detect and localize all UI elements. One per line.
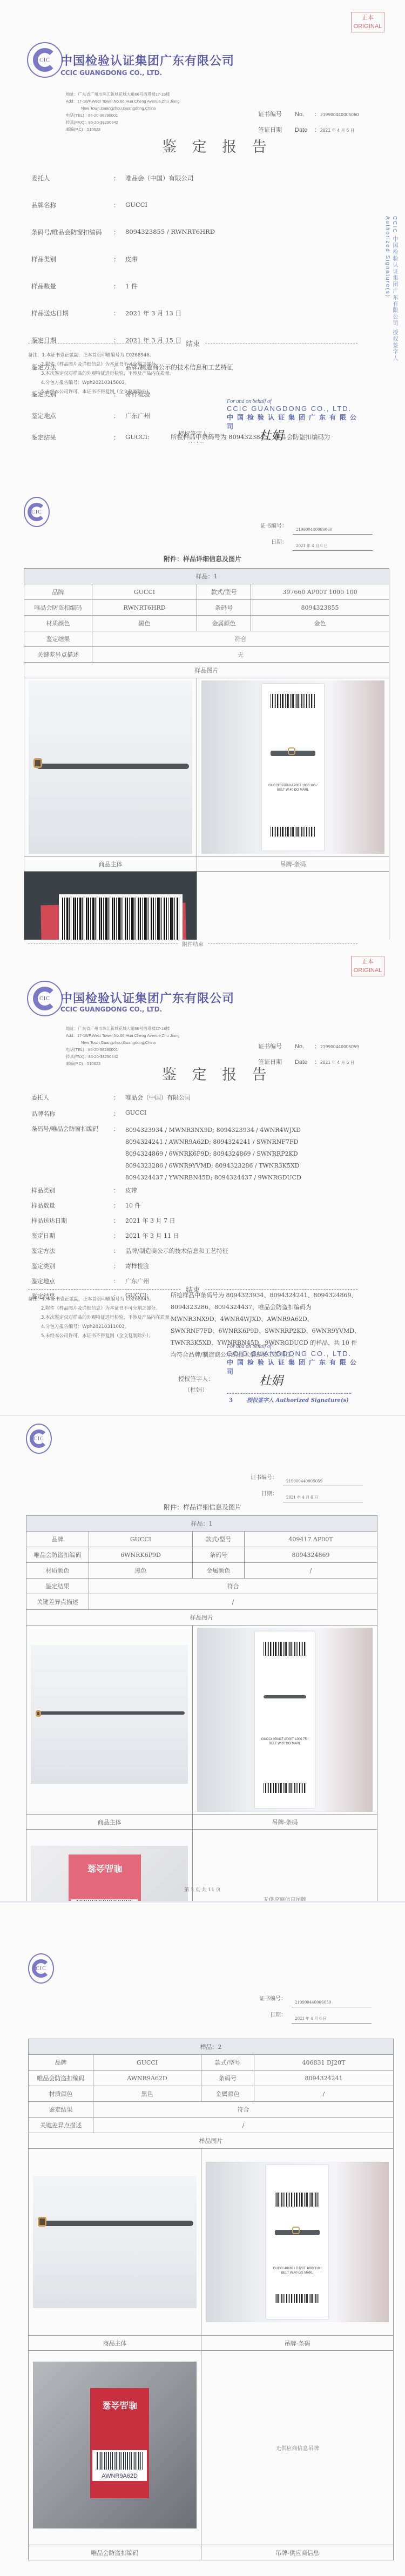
sample-table: 样品：1 品牌GUCCI款式/型号397660 AP00T 1000 100 唯… (24, 568, 389, 940)
table-cell: 商品主体 (24, 857, 197, 872)
table-cell: 样品图片 (26, 1610, 377, 1626)
end-divider: 结束 (28, 1284, 357, 1294)
table-cell: 材质颜色 (24, 616, 92, 631)
table-cell: 金属颜色 (201, 2086, 254, 2102)
belt-image (29, 680, 192, 854)
sample-table: 样品：2 品牌GUCCI款式/型号406831 DJ20T 唯品会防盗扣编码AW… (28, 2039, 394, 2560)
table-cell: 品牌 (29, 2055, 93, 2071)
seam-stamp: CCIC 中国检验认证集团广东有限公司 授权签字人 Authorized Sig… (386, 216, 399, 378)
table-cell: 鉴定结果 (29, 2102, 93, 2118)
remarks: 备注：1.本证书壹正贰副，正本首页印刷编号为 C0268845。 2.附件《样品… (28, 1295, 174, 1341)
table-cell: 鉴定结果 (24, 631, 92, 647)
original-stamp: 正本 ORIGINAL (351, 12, 384, 32)
table-cell: 符合 (93, 2102, 394, 2118)
table-cell: 符合 (89, 1579, 377, 1594)
table-cell: 唯品会防盗扣编码 (29, 2071, 93, 2086)
table-cell: 鉴定结果 (26, 1579, 89, 1594)
table-cell: 样品图片 (29, 2133, 394, 2149)
cert-date: 2021 年 4 月 6 日 (320, 128, 354, 133)
table-cell: 样品：2 (29, 2039, 394, 2055)
photo-supplier-tag: 无供应商信息吊牌 (201, 2351, 394, 2545)
table-cell: 金色 (251, 616, 389, 631)
table-cell: RWNRT6HRD (92, 600, 197, 616)
model-value: 397660 AP00T 1000 100 (251, 584, 389, 600)
cert-meta: 证书编号No.：21990044000S059 签证日期Date：2021 年 … (258, 1039, 359, 1070)
table-cell: 材质颜色 (29, 2086, 93, 2102)
cert-number: 21990044000S060 (320, 112, 359, 117)
table-cell: 条码号 (201, 2071, 254, 2086)
ccic-logo-icon: CIC (28, 1953, 54, 1984)
report-page-2: 附件结束 正本ORIGINAL CIC 中国检验认证集团广东有限公司 CCIC … (0, 940, 405, 1415)
table-cell: 8094324241 (254, 2071, 394, 2086)
table-cell: 材质颜色 (26, 1563, 89, 1579)
photo-main-product (26, 1626, 193, 1815)
table-cell: 商品主体 (26, 1815, 193, 1830)
client-value: 唯品会（中国）有限公司 (125, 174, 361, 201)
ccic-logo-icon: CIC (24, 497, 50, 527)
photo-main-product (29, 2149, 201, 2336)
table-cell: 样品图片 (24, 663, 389, 678)
sample-table: 样品：1 品牌GUCCI款式/型号409417 AP00T 唯品会防盗扣编码6W… (26, 1515, 377, 1901)
table-cell: 品牌 (24, 584, 92, 600)
photo-hang-tag: GUCCI 409417 AP00T 1000 75 / BELT W.20 D… (193, 1626, 377, 1815)
signature: 杜娟 (259, 427, 283, 443)
table-cell: 406831 DJ20T (254, 2055, 394, 2071)
company-address: 地址：广东省广州市珠江新城花城大道66号西塔楼17-18楼 Add：17-18/… (66, 91, 201, 133)
table-cell: 款式/型号 (201, 2055, 254, 2071)
anti-theft-seal-image: RWNRT6HRD 一经撕毁 不接受退换货服务 (24, 872, 197, 940)
table-cell: 唯品会防盗扣编码 (24, 600, 92, 616)
table-cell: 金属颜色 (197, 616, 251, 631)
table-cell: 样品：1 (24, 569, 389, 584)
ccic-logo-icon: CIC (27, 42, 63, 78)
cert-meta: 证书编号No.：21990044000S060 签证日期Date：2021 年 … (258, 107, 359, 138)
table-cell: / (93, 2118, 394, 2133)
table-cell: 条码号 (193, 1547, 245, 1563)
table-cell: 吊牌-条码 (201, 2336, 394, 2351)
barcode-list: 8094323934 / MWNR3NX9D; 8094323934 / 4WN… (125, 1124, 361, 1184)
table-cell: GUCCI (89, 1532, 193, 1547)
table-cell: 关键差异点描述 (24, 647, 92, 663)
annex-meta: 证书编号：21990044000S060 日期：2021 年 4 月 6 日 (251, 518, 373, 551)
barcode-value: 8094323855 / RWNRT6HRD (125, 228, 361, 255)
table-cell: / (89, 1594, 377, 1610)
remarks: 备注：1.本证书壹正贰副，正本首页印刷编号为 C0268946。 2.附件《样品… (28, 351, 174, 397)
table-cell: 唯品会防盗扣编码 (29, 2545, 201, 2560)
report-page-1: 正本 ORIGINAL CIC 中国检验认证集团广东有限公司 CCIC GUAN… (0, 0, 405, 443)
table-cell: 品牌 (26, 1532, 89, 1547)
photo-hang-tag: GUCCI 406831 DJ20T 1000 110 / BELT W.40 … (201, 2149, 394, 2336)
annex-page-1: CIC 证书编号：21990044000S060 日期：2021 年 4 月 6… (0, 443, 405, 940)
table-cell: 吊牌-条码 (193, 1815, 377, 1830)
table-cell: 符合 (92, 631, 389, 647)
table-cell: GUCCI (93, 2055, 201, 2071)
table-cell: / (245, 1563, 377, 1579)
table-cell: 黑色 (93, 2086, 201, 2102)
brand-value: GUCCI (125, 201, 361, 228)
annex-end-divider: 附件结束 (28, 940, 357, 948)
report-title: 鉴 定 报 告 (162, 135, 272, 156)
table-cell: 黑色 (89, 1563, 193, 1579)
photo-hang-tag: GUCCI 397660 AP00T 1000 100 / BELT W.40 … (197, 678, 389, 857)
company-address: 地址：广东省广州市珠江新城花城大道66号西塔楼17-18楼 Add：17-18/… (66, 1025, 201, 1067)
table-cell: 唯品会防盗扣编码 (26, 1547, 89, 1563)
table-cell: 8094324869 (245, 1547, 377, 1563)
table-cell: 款式/型号 (193, 1532, 245, 1547)
table-cell: 6WNRK6P9D (89, 1547, 193, 1563)
table-cell: 黑色 (92, 616, 197, 631)
table-cell: 条码号 (197, 600, 251, 616)
signature-block: For and on behalf of CCIC GUANGDONG CO.,… (178, 399, 362, 431)
photo-main-product (24, 678, 197, 857)
photo-vip-seal: 唯品会鉴 AWNR9A62D (29, 2351, 201, 2545)
table-cell: GUCCI (92, 584, 197, 600)
photo-supplier-tag: 无供应商信息吊牌 (197, 872, 389, 940)
company-name-cn: 中国检验认证集团广东有限公司 (60, 52, 234, 69)
company-name-en: CCIC GUANGDONG CO., LTD. (60, 69, 162, 77)
table-cell: AWNR9A62D (93, 2071, 201, 2086)
ccic-logo-icon: CIC (27, 981, 63, 1016)
table-cell: / (254, 2086, 394, 2102)
annex-page-3: CIC 证书编号：21990044000S059 日期：2021 年 4 月 6… (0, 1901, 405, 2576)
annex-page-2: CIC 证书编号：21990044000S059 日期：2021 年 4 月 6… (0, 1415, 405, 1901)
signature-block: For and on behalf of CCIC GUANGDONG CO.,… (178, 1344, 362, 1376)
ccic-logo-icon: CIC (26, 1424, 52, 1454)
table-cell: 吊牌-供应商信息 (201, 2545, 394, 2560)
table-cell: 关键差异点描述 (29, 2118, 93, 2133)
table-cell: 无 (92, 647, 389, 663)
table-cell: 关键差异点描述 (26, 1594, 89, 1610)
annex-meta: 证书编号：21990044000S059 日期：2021 年 4 月 6 日 (241, 1470, 363, 1502)
end-divider: 结束 (28, 338, 357, 348)
table-cell: 商品主体 (29, 2336, 201, 2351)
hang-tag-image: GUCCI 397660 AP00T 1000 100 / BELT W.40 … (201, 680, 384, 854)
table-cell: 8094323855 (251, 600, 389, 616)
page-number: 第 3 页 共 11 页 (0, 1886, 405, 1893)
original-stamp: 正本ORIGINAL (351, 956, 384, 976)
annex-title: 附件：样品详细信息及图片 (0, 554, 405, 563)
table-cell: 款式/型号 (197, 584, 251, 600)
table-cell: 金属颜色 (193, 1563, 245, 1579)
table-cell: 吊牌-条码 (197, 857, 389, 872)
table-cell: 样品：1 (26, 1516, 377, 1532)
table-cell: 409417 AP00T (245, 1532, 377, 1547)
photo-vip-seal: RWNRT6HRD 一经撕毁 不接受退换货服务 (24, 872, 197, 940)
annex-meta: 证书编号：21990044000S059 日期：2021 年 4 月 6 日 (249, 1991, 372, 2024)
